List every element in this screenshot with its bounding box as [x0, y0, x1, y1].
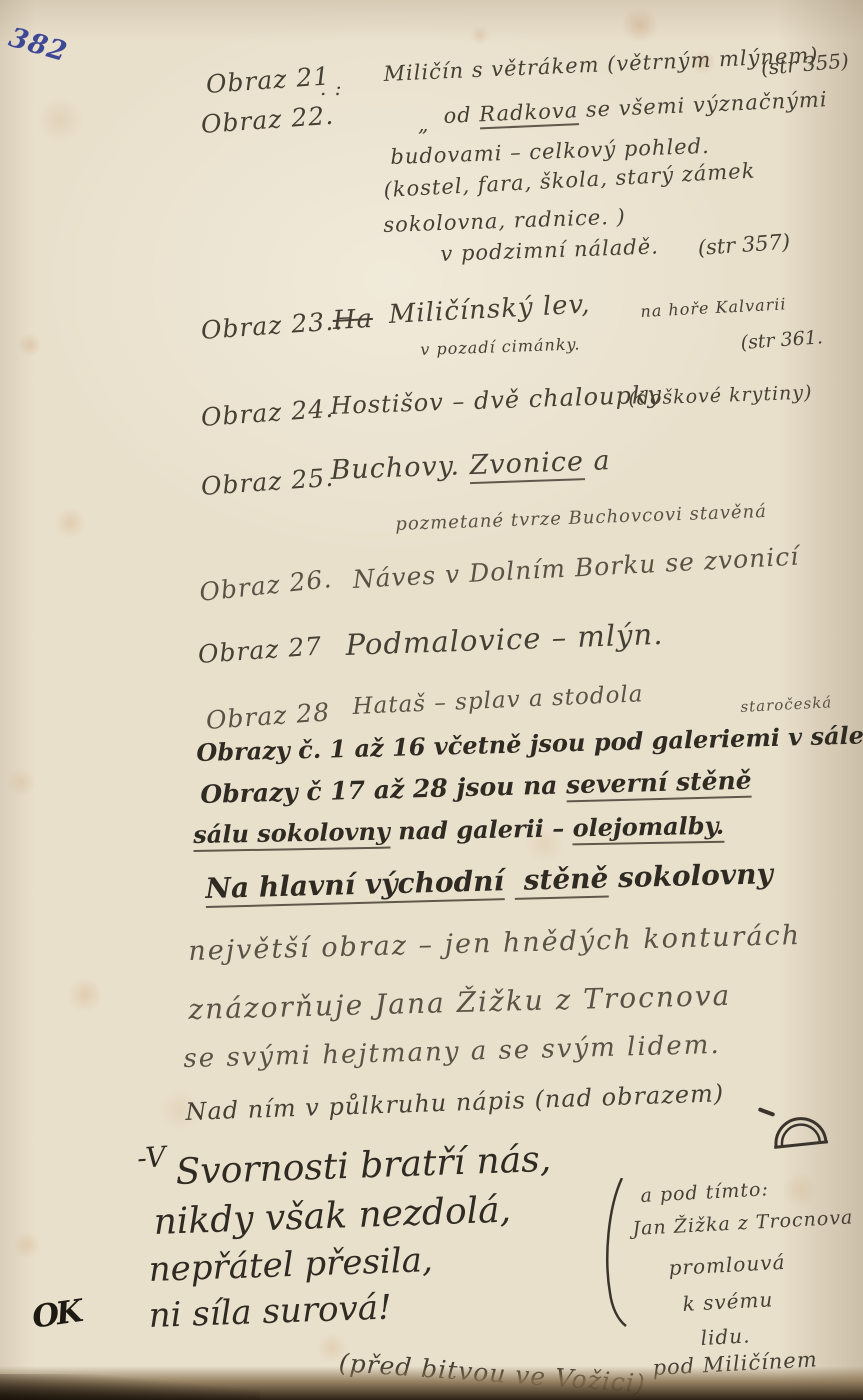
entry-28-label: Obraz 28 — [205, 697, 331, 735]
entry-22-place: Radkova — [479, 98, 579, 129]
east-wall-line-1: největší obraz – jen hnědých konturách — [188, 920, 801, 967]
heading-underlined-1: Na hlavní východní — [205, 864, 505, 908]
entry-22-ditto: „ — [418, 112, 429, 136]
entry-25-title: Buchovy. Zvonice a — [330, 445, 611, 486]
entry-22-line1: od Radkova se všemi význačnými — [443, 87, 828, 128]
caption-line-5: lidu. — [700, 1323, 751, 1350]
entry-21-title: Miličín s větrákem (větrným mlýnem) — [383, 43, 819, 86]
entry-22-line5: v podzimní náladě. — [440, 234, 659, 266]
entry-27-label: Obraz 27 — [197, 631, 323, 669]
poem-line-3: nepřátel přesila, — [148, 1240, 433, 1290]
east-wall-line-4: Nad ním v půlkruhu nápis (nad obrazem) — [185, 1079, 725, 1126]
east-wall-line-3: se svými hejtmany a se svým lidem. — [183, 1030, 721, 1074]
caption-line-4: k svému — [682, 1287, 774, 1316]
heading-underlined-2: stěně — [513, 861, 608, 899]
entry-23-line2: v pozadí cimánky. — [420, 334, 581, 359]
entry-23-label: Obraz 23.. — [200, 306, 344, 345]
caption-line-2: Jan Žižka z Trocnova — [632, 1206, 854, 1240]
page-number: 382 — [5, 22, 71, 68]
note-2-text: Obrazy č 17 až 28 jsou na — [200, 770, 566, 809]
entry-27-title: Podmalovice – mlýn. — [345, 617, 664, 662]
entry-25-line2: pozmetané tvrze Buchovcovi stavěná — [395, 501, 767, 535]
entry-25-title-c: a — [583, 445, 611, 477]
east-wall-line-2: znázorňuje Jana Žižku z Trocnova — [188, 979, 732, 1026]
entry-26-label: Obraz 26. — [198, 564, 334, 607]
entry-22-page-ref: (str 357) — [697, 230, 791, 260]
entry-22-line1a: od — [443, 102, 480, 128]
monogram: OK — [30, 1293, 82, 1335]
note-2-underlined: severní stěně — [566, 766, 752, 803]
note-placement-2: Obrazy č 17 až 28 jsou na severní stěně — [200, 766, 752, 809]
page-bottom-corner-shadow — [0, 1374, 260, 1400]
note-3-underlined-2: olejomalby. — [572, 811, 724, 846]
entry-25-title-b: Zvonice — [469, 446, 585, 484]
note-placement-3: sálu sokolovny nad galerii – olejomalby. — [193, 811, 724, 849]
note-3-underlined-1: sálu sokolovny — [193, 817, 390, 852]
poem-line-1: Svornosti bratří nás, — [175, 1139, 552, 1193]
east-wall-heading: Na hlavní východní stěně sokolovny — [205, 857, 773, 905]
entry-22-line4: sokolovna, radnice. ) — [383, 205, 626, 237]
entry-23-title-small: na hoře Kalvarii — [640, 294, 787, 321]
entry-28-title: Hataš – splav a stodola — [352, 681, 644, 720]
entry-23-struck-word: Ha — [332, 304, 374, 336]
entry-22-line1c: se všemi význačnými — [578, 87, 828, 122]
manuscript-page: 382 Obraz 21 . : Miličín s větrákem (vět… — [0, 0, 863, 1400]
entry-22-label: Obraz 22. — [200, 101, 335, 139]
entry-24-label: Obraz 24. — [200, 394, 335, 432]
entry-25-label: Obraz 25. — [200, 463, 335, 501]
note-3-text: nad galerii – — [390, 813, 573, 845]
bracket-line — [600, 1178, 630, 1328]
poem-line-2: nikdy však nezdolá, — [153, 1190, 512, 1243]
caption-line-3: promlouvá — [668, 1250, 786, 1280]
entry-23-title: Miličínský lev, — [388, 289, 591, 330]
entry-28-title-small: staročeská — [740, 693, 833, 716]
poem-line-4: ni síla surová! — [148, 1288, 392, 1336]
caption-line-1: a pod tímto: — [640, 1178, 769, 1207]
heading-rest: sokolovny — [608, 857, 773, 894]
entry-25-title-a: Buchovy. — [330, 450, 470, 486]
entry-21-colon: . : — [320, 76, 342, 100]
entry-23-page-ref: (str 361. — [740, 326, 824, 354]
entry-24-title: Hostišov – dvě chaloupky — [330, 380, 662, 420]
entry-26-title: Náves v Dolním Borku se zvonicí — [352, 542, 800, 594]
poem-prefix: -V — [136, 1140, 168, 1175]
arch-doodle — [758, 1096, 835, 1153]
entry-21-label: Obraz 21 — [205, 61, 331, 99]
heading-gap — [504, 864, 515, 897]
